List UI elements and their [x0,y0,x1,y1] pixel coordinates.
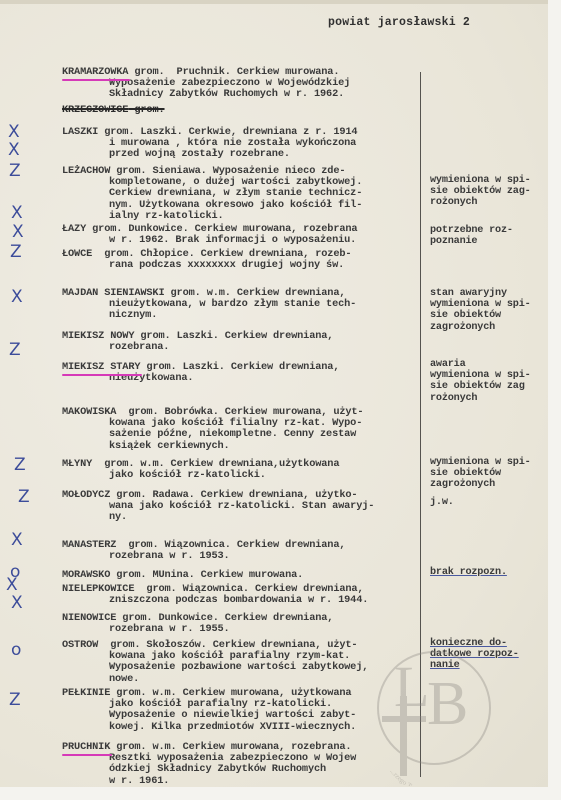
note-morawsko: brak rozpozn. [430,567,555,578]
note-łazy: potrzebne roz-poznanie [430,225,555,247]
handwritten-mark: X [11,203,23,223]
entry-heading-line: MIEKISZ NOWY grom. Laszki. Cerkiew drewn… [62,331,418,342]
handwritten-mark: Z [10,242,22,262]
note-line: konieczne do- [430,638,555,649]
note-line: zagrożonych [430,322,555,333]
entry-kramarzowka: KRAMARZOWKA grom. Pruchnik. Cerkiew muro… [62,67,418,101]
entry-ostrow: OSTROW grom. Skołoszów. Cerkiew drewnian… [62,640,418,685]
note-line: nanie [430,660,555,671]
entry-makowiska: MAKOWISKA grom. Bobrówka. Cerkiew murowa… [62,407,418,452]
handwritten-mark: Z [18,487,30,507]
handwritten-mark: Z [9,690,21,710]
entry-text-line: zniszczona podczas bombardowania w r. 19… [62,595,418,606]
entry-text-line: rozebrana. [62,342,418,353]
note-miekisz-stary: awariawymieniona w spi-sie obiektów zagr… [430,359,555,404]
entry-text-line: rozebrana w r. 1953. [62,551,418,562]
note-mołodycz: j.w. [430,497,555,508]
handwritten-mark: X [11,593,23,613]
place-name: NIENOWICE [62,612,116,624]
note-leżachow: wymieniona w spi-sie obiektów zag-rożony… [430,175,555,209]
note-line: awaria [430,359,555,370]
note-line: potrzebne roz- [430,225,555,236]
handwritten-mark: Z [9,161,21,181]
entry-text-line: nowe. [62,674,418,685]
entry-mołodycz: MOŁODYCZ grom. Radawa. Cerkiew drewniana… [62,490,418,524]
place-name: MIEKISZ NOWY [62,330,134,342]
place-name: ŁAZY [62,223,86,235]
entry-text-line: ny. [62,512,418,523]
place-name: MIEKISZ STARY [62,361,140,373]
place-name: OSTROW [62,639,98,651]
entry-heading-line: KRZECZOWICE grom. [62,105,418,116]
place-name: MŁYNY [62,458,92,470]
place-name: LEŻACHOW [62,165,110,177]
note-line: wymieniona w spi- [430,175,555,186]
entry-heading-line: MANASTERZ grom. Wiązownica. Cerkiew drew… [62,540,418,551]
column-divider [420,72,421,777]
entry-nienowice: NIENOWICE grom. Dunkowice. Cerkiew drewn… [62,613,418,635]
entry-pełkinie: PEŁKINIE grom. w.m. Cerkiew murowana, uż… [62,688,418,733]
entry-text-line: przed wojną zostały rozebrane. [62,149,418,160]
entry-heading-line: MIEKISZ STARY grom. Laszki. Cerkiew drew… [62,362,418,373]
entry-text-line: książek cerkiewnych. [62,441,418,452]
entry-heading-line: MORAWSKO grom. MUnina. Cerkiew murowana. [62,570,418,581]
note-line: sie obiektów zag [430,381,555,392]
place-name: KRZECZOWICE [62,104,128,116]
note-line: sie obiektów [430,310,555,321]
note-line: stan awaryjny [430,288,555,299]
entry-łowce: ŁOWCE grom. Chłopice. Cerkiew drewniana,… [62,249,418,271]
entry-łazy: ŁAZY grom. Dunkowice. Cerkiew murowana, … [62,224,418,246]
entry-text-line: jako kościół rz-katolicki. [62,470,418,481]
handwritten-mark: X [11,530,23,550]
entry-text-line: w r. 1961. [62,776,418,787]
top-edge [0,0,548,4]
place-name: PEŁKINIE [62,687,110,699]
entry-text-line: w r. 1962. Brak informacji o wyposażeniu… [62,235,418,246]
note-line: rożonych [430,197,555,208]
entry-pruchnik: PRUCHNIK grom. w.m. Cerkiew murowana, ro… [62,742,418,787]
handwritten-mark: Z [9,340,21,360]
note-ostrow: konieczne do-datkowe rozpoz-nanie [430,638,555,672]
place-name: MAKOWISKA [62,406,116,418]
entry-text-line: Składnicy Zabytków Ruchomych w r. 1962. [62,89,418,100]
note-line: wymieniona w spi- [430,370,555,381]
entry-text-line: kowej. Kilka przedmiotów XVIII-wiecznych… [62,722,418,733]
note-line: poznanie [430,236,555,247]
entry-text-line: Cerkiew drewniana, w złym stanie technic… [62,188,418,199]
note-młyny: wymieniona w spi-sie obiektówzagrożonych [430,457,555,491]
place-name: MANASTERZ [62,539,116,551]
page-header: powiat jarosławski 2 [328,16,470,29]
entry-młyny: MŁYNY grom. w.m. Cerkiew drewniana,użytk… [62,459,418,481]
note-line: sie obiektów zag- [430,186,555,197]
note-line: zagrożonych [430,479,555,490]
note-majdan-sieniawski: stan awaryjnywymieniona w spi-sie obiekt… [430,288,555,333]
place-name: PRUCHNIK [62,741,110,753]
entry-text-line: ódzkiej Składnicy Zabytków Ruchomych [62,764,418,775]
entry-text-line: rana podczas xxxxxxxx drugiej wojny św. [62,260,418,271]
handwritten-mark: X [8,140,20,160]
entry-leżachow: LEŻACHOW grom. Sieniawa. Wyposażenie nie… [62,166,418,222]
place-name: KRAMARZOWKA [62,66,128,78]
place-name: NIELEPKOWICE [62,583,134,595]
note-line: brak rozpozn. [430,567,555,578]
note-line: j.w. [430,497,555,508]
place-name: MAJDAN SIENIAWSKI [62,287,165,299]
handwritten-mark: X [11,287,23,307]
entry-miekisz-stary: MIEKISZ STARY grom. Laszki. Cerkiew drew… [62,362,418,384]
entry-majdan-sieniawski: MAJDAN SIENIAWSKI grom. w.m. Cerkiew dre… [62,288,418,322]
note-line: sie obiektów [430,468,555,479]
entry-manasterz: MANASTERZ grom. Wiązownica. Cerkiew drew… [62,540,418,562]
note-line: rożonych [430,393,555,404]
place-name: LASZKI [62,126,98,138]
handwritten-mark: X [6,575,18,595]
handwritten-mark: o [11,640,21,660]
entry-nielepkowice: NIELEPKOWICE grom. Wiązownica. Cerkiew d… [62,584,418,606]
entry-text-line: nicznym. [62,310,418,321]
place-name: MORAWSKO [62,569,110,581]
note-line: wymieniona w spi- [430,457,555,468]
entry-text-line: ialny rz-katolicki. [62,211,418,222]
handwritten-mark: X [8,122,20,142]
handwritten-mark: X [12,222,24,242]
entry-text-line: rozebrana w r. 1955. [62,624,418,635]
entry-text-line: sażenie późne, niekompletne. Cenny zesta… [62,429,418,440]
entry-morawsko: MORAWSKO grom. MUnina. Cerkiew murowana. [62,570,418,581]
entry-laszki: LASZKI grom. Laszki. Cerkwie, drewniana … [62,127,418,161]
note-line: datkowe rozpoz- [430,649,555,660]
place-name: MOŁODYCZ [62,489,110,501]
entry-text-line: Wyposażenie pozbawione wartości zabytkow… [62,662,418,673]
entry-text-line: Wyposażenie o niewielkiej wartości zabyt… [62,710,418,721]
handwritten-mark: Z [14,455,26,475]
scan-margin-bottom [0,787,561,800]
entry-krzeczowice: KRZECZOWICE grom. [62,105,418,116]
entry-heading-line: NIENOWICE grom. Dunkowice. Cerkiew drewn… [62,613,418,624]
place-name: ŁOWCE [62,248,92,260]
note-line: wymieniona w spi- [430,299,555,310]
entry-miekisz-nowy: MIEKISZ NOWY grom. Laszki. Cerkiew drewn… [62,331,418,353]
